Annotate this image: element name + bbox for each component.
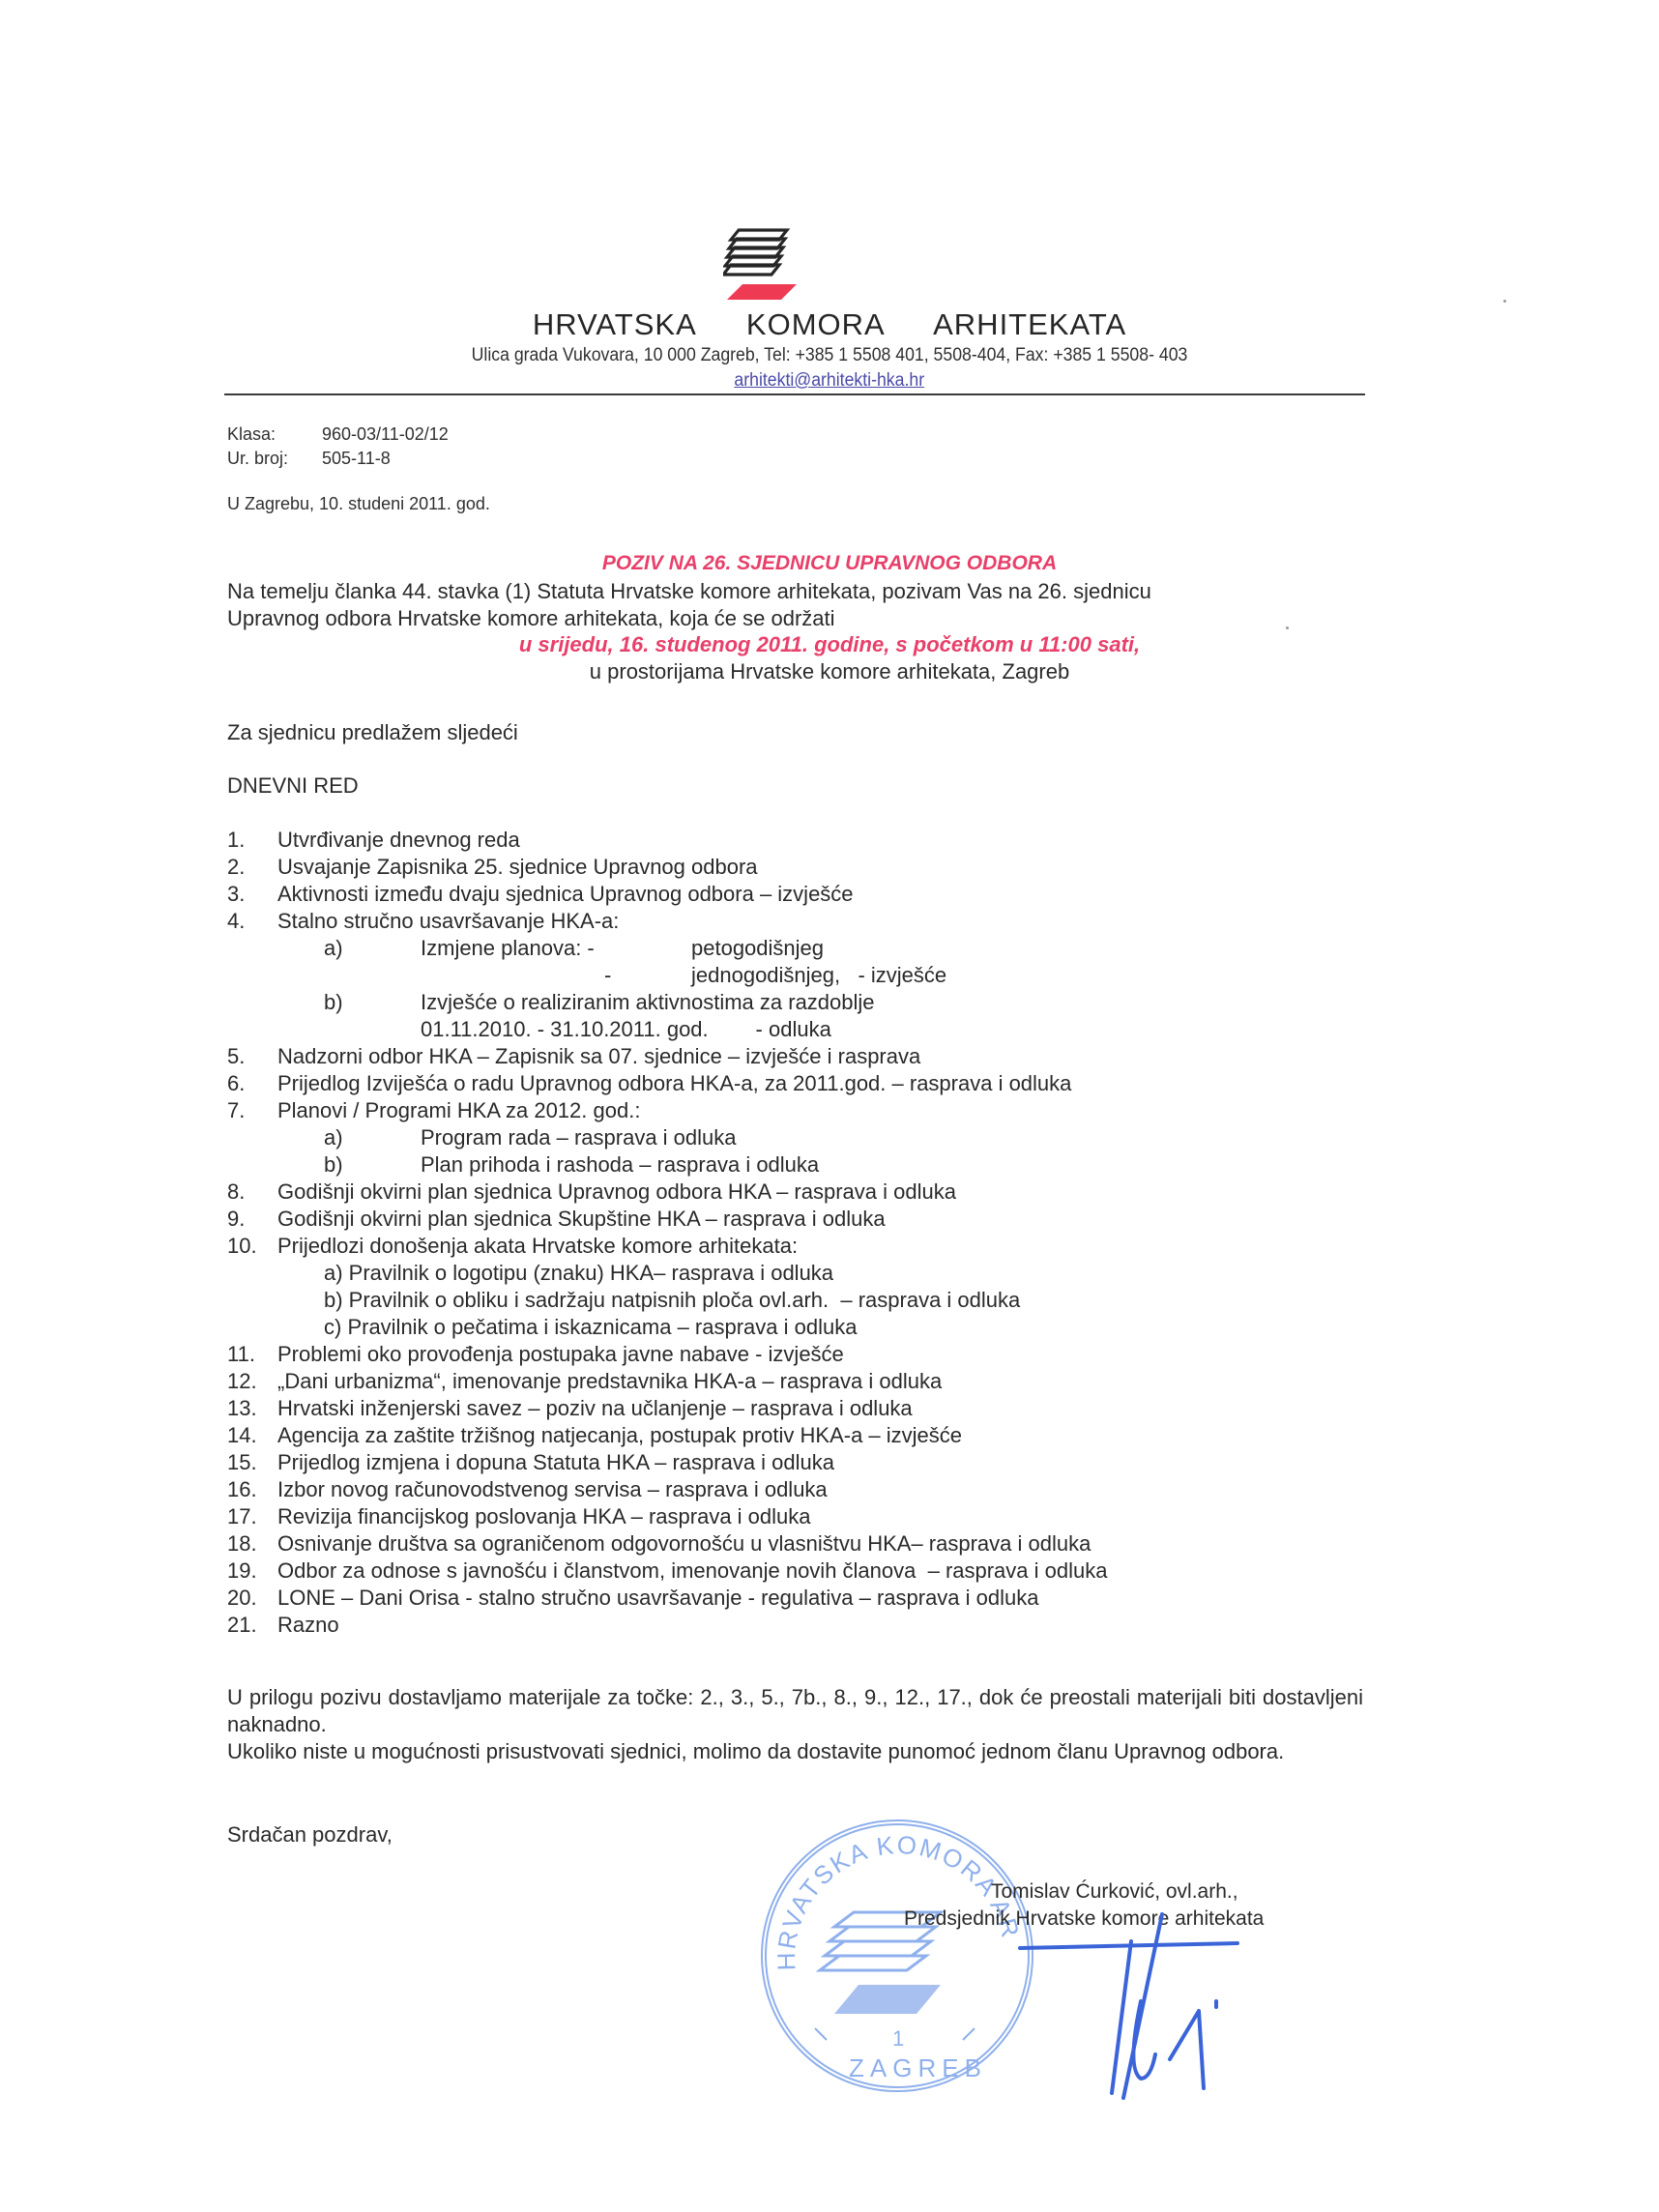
agenda-item: 1.Utvrđivanje dnevnog reda [227, 827, 1107, 854]
agenda-item: 14.Agencija za zaštite tržišnog natjecan… [227, 1422, 1107, 1449]
urbroj-row: Ur. broj:505-11-8 [227, 449, 391, 469]
agenda-heading: DNEVNI RED [227, 772, 1363, 800]
meeting-datetime: u srijedu, 16. studenog 2011. godine, s … [0, 632, 1659, 657]
agenda-item: 2.Usvajanje Zapisnika 25. sjednice Uprav… [227, 854, 1107, 881]
meeting-location: u prostorijama Hrvatske komore arhitekat… [0, 659, 1659, 684]
intro-line-1: Na temelju članka 44. stavka (1) Statuta… [227, 578, 1363, 605]
handwritten-signature-icon [1015, 1895, 1257, 2108]
organization-name: HRVATSKA KOMORA ARHITEKATA [0, 307, 1659, 342]
agenda-item: 5.Nadzorni odbor HKA – Zapisnik sa 07. s… [227, 1043, 1107, 1070]
agenda-item: 6.Prijedlog Izviješća o radu Upravnog od… [227, 1070, 1107, 1097]
email-link[interactable]: arhitekti@arhitekti-hka.hr [735, 370, 925, 392]
svg-text:HRVATSKA KOMORA ARHITEKATA: HRVATSKA KOMORA ARHITEKATA [757, 1816, 1026, 1971]
scan-speck [1503, 300, 1506, 303]
agenda-subitem: 01.11.2010. - 31.10.2011. god. - odluka [227, 1016, 1107, 1043]
agenda-item: 7.Planovi / Programi HKA za 2012. god.: [227, 1097, 1107, 1124]
agenda-subitem: b)Izvješće o realiziranim aktivnostima z… [227, 989, 1107, 1016]
intro-line-2: Upravnog odbora Hrvatske komore arhiteka… [227, 605, 1363, 632]
proposal-line: Za sjednicu predlažem sljedeći [227, 719, 1363, 746]
agenda-item: 19.Odbor za odnose s javnošću i članstvo… [227, 1557, 1107, 1585]
agenda-item: 16.Izbor novog računovodstvenog servisa … [227, 1476, 1107, 1503]
header-divider [224, 393, 1365, 395]
agenda-item: 17.Revizija financijskog poslovanja HKA … [227, 1503, 1107, 1530]
klasa-row: Klasa:960-03/11-02/12 [227, 424, 449, 445]
stamp-number: 1 [892, 2026, 904, 2051]
official-stamp-icon: HRVATSKA KOMORA ARHITEKATA 1 ZAGREB [757, 1816, 1037, 2096]
agenda-item: 4.Stalno stručno usavršavanje HKA-a: [227, 908, 1107, 935]
agenda-item: 10.Prijedlozi donošenja akata Hrvatske k… [227, 1233, 1107, 1260]
scan-speck [1286, 626, 1289, 629]
agenda-subitem: b) Pravilnik o obliku i sadržaju natpisn… [227, 1287, 1107, 1314]
hka-logo-icon [723, 224, 797, 300]
attachments-note: U prilogu pozivu dostavljamo materijale … [227, 1684, 1363, 1738]
agenda-item: 18.Osnivanje društva sa ograničenom odgo… [227, 1530, 1107, 1557]
urbroj-value: 505-11-8 [322, 449, 391, 468]
agenda-item: 13.Hrvatski inženjerski savez – poziv na… [227, 1395, 1107, 1422]
stamp-bottom-text: ZAGREB [849, 2053, 987, 2082]
organization-address: Ulica grada Vukovara, 10 000 Zagreb, Tel… [58, 345, 1601, 366]
agenda-subitem: b)Plan prihoda i rashoda – rasprava i od… [227, 1151, 1107, 1179]
agenda-item: 11.Problemi oko provođenja postupaka jav… [227, 1341, 1107, 1368]
stamp-top-text: HRVATSKA KOMORA ARHITEKATA [757, 1816, 1026, 1971]
agenda-subitem: c) Pravilnik o pečatima i iskaznicama – … [227, 1314, 1107, 1341]
agenda-subitem: -jednogodišnjeg, - izvješće [227, 962, 1107, 989]
agenda-item: 3.Aktivnosti između dvaju sjednica Uprav… [227, 881, 1107, 908]
klasa-value: 960-03/11-02/12 [322, 424, 449, 444]
agenda-subitem: a)Izmjene planova: -petogodišnjeg [227, 935, 1107, 962]
proxy-note: Ukoliko niste u mogućnosti prisustvovati… [227, 1738, 1363, 1765]
invitation-title: POZIV NA 26. SJEDNICU UPRAVNOG ODBORA [0, 552, 1659, 575]
agenda-item: 9.Godišnji okvirni plan sjednica Skupšti… [227, 1206, 1107, 1233]
agenda-item: 15.Prijedlog izmjena i dopuna Statuta HK… [227, 1449, 1107, 1476]
klasa-label: Klasa: [227, 424, 322, 445]
agenda-item: 12.„Dani urbanizma“, imenovanje predstav… [227, 1368, 1107, 1395]
agenda-item: 8.Godišnji okvirni plan sjednica Upravno… [227, 1179, 1107, 1206]
agenda-subitem: a)Program rada – rasprava i odluka [227, 1124, 1107, 1151]
agenda-list: 1.Utvrđivanje dnevnog reda 2.Usvajanje Z… [227, 827, 1107, 1639]
date-line: U Zagrebu, 10. studeni 2011. god. [227, 494, 490, 514]
agenda-item: 20.LONE – Dani Orisa - stalno stručno us… [227, 1585, 1107, 1612]
agenda-item: 21.Razno [227, 1612, 1107, 1639]
urbroj-label: Ur. broj: [227, 449, 322, 469]
email-line: arhitekti@arhitekti-hka.hr [0, 370, 1659, 392]
agenda-subitem: a) Pravilnik o logotipu (znaku) HKA– ras… [227, 1260, 1107, 1287]
